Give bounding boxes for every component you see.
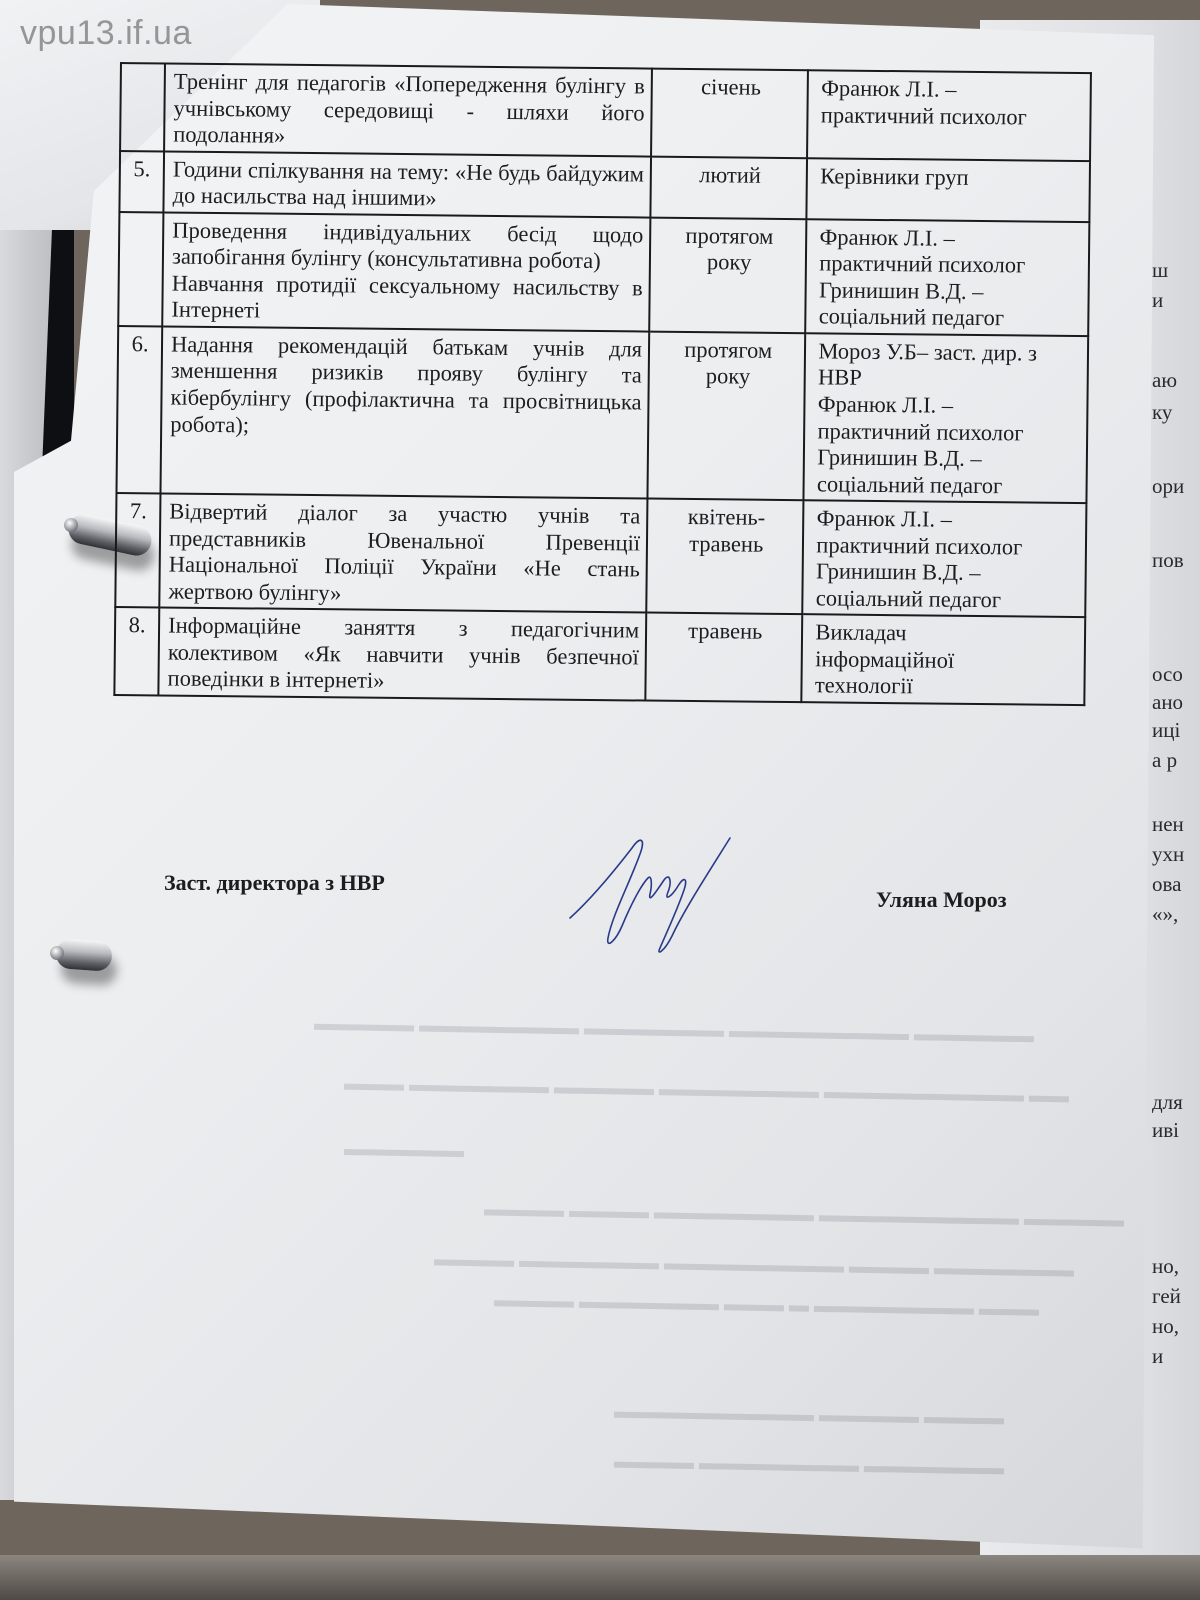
background-text-fragment: нен (1152, 812, 1184, 837)
responsible-text: практичний психолог (821, 102, 1084, 131)
term-cell: січень (651, 69, 808, 158)
term-cell: квітень-травень (646, 499, 803, 615)
activity-cell: Відвертий діалог за участю учнів та пред… (159, 494, 647, 613)
signatory-title: Заст. директора з НВР (164, 870, 385, 896)
background-text-fragment: гей (1152, 1284, 1181, 1309)
responsible-text: Франюк Л.І. – (818, 391, 1081, 420)
responsible-cell: Франюк Л.І. –практичний психологГринишин… (806, 219, 1090, 336)
activity-text: Години спілкування на тему: «Не будь бай… (173, 156, 645, 214)
row-number: 8. (114, 607, 159, 695)
activity-text: Відвертий діалог за участю учнів та пред… (168, 499, 640, 610)
term-text: лютий (660, 161, 801, 189)
responsible-cell: Мороз У.Б– заст. дир. зНВРФранюк Л.І. –п… (804, 333, 1088, 503)
show-through-text: ▬▬▬▬ ▬▬▬▬▬▬▬ ▬▬▬ ▬ ▬▬▬▬▬▬▬▬ ▬▬▬ (494, 1289, 1039, 1322)
show-through-text: ▬▬▬▬ ▬▬▬▬▬▬▬ ▬▬▬▬▬▬▬▬▬ ▬▬▬▬ ▬▬▬▬▬▬▬ (434, 1248, 1074, 1282)
responsible-text: соціальний педагог (816, 585, 1079, 614)
background-text-fragment: ку (1152, 400, 1172, 425)
show-through-text: ▬▬▬ ▬▬▬▬▬▬▬ ▬▬▬▬▬ ▬▬▬▬▬▬▬▬ ▬▬▬▬▬▬▬▬▬▬ ▬▬ (344, 1073, 1069, 1109)
responsible-text: Франюк Л.І. – (817, 506, 1080, 535)
term-cell: лютий (650, 156, 807, 219)
row-number: 7. (115, 493, 160, 608)
responsible-text: Гринишин В.Д. – (819, 277, 1082, 306)
desk-edge (0, 1555, 1200, 1600)
term-cell: протягомроку (649, 217, 806, 333)
table-row: 7.Відвертий діалог за участю учнів та пр… (115, 493, 1086, 617)
term-text: протягом (658, 337, 799, 365)
activities-table: Тренінг для педагогів «Попередження булі… (113, 62, 1092, 706)
background-text-fragment: аю (1152, 368, 1177, 393)
background-text-fragment: ш (1152, 258, 1168, 283)
background-text-fragment: но, (1152, 1314, 1179, 1339)
background-text-fragment: ова (1152, 872, 1181, 897)
term-text: року (659, 249, 800, 277)
activity-cell: Години спілкування на тему: «Не будь бай… (164, 151, 652, 217)
show-through-text: ▬▬▬▬▬▬▬▬▬▬ ▬▬▬▬▬ ▬▬▬▬ (614, 1401, 1004, 1431)
responsible-text: практичний психолог (816, 532, 1079, 561)
background-text-fragment: ори (1152, 474, 1184, 499)
responsible-text: Мороз У.Б– заст. дир. з (818, 338, 1081, 367)
show-through-text: ▬▬▬▬▬ ▬▬▬▬▬▬▬▬ ▬▬▬▬▬▬▬ ▬▬▬▬▬▬▬▬▬ ▬▬▬▬▬▬ (314, 1013, 1034, 1049)
responsible-text: практичний психолог (819, 251, 1082, 280)
show-through-text: ▬▬▬▬ ▬▬▬▬ ▬▬▬▬▬▬▬▬ ▬▬▬▬▬▬▬▬▬▬ ▬▬▬▬▬ (484, 1198, 1124, 1232)
show-through-text: ▬▬▬▬▬▬ (344, 1138, 464, 1163)
background-text-fragment: осо (1152, 662, 1183, 687)
signatory-name: Уляна Мороз (876, 887, 1007, 913)
responsible-text: практичний психолог (817, 418, 1080, 447)
binder-ring-cap (50, 946, 64, 960)
row-number: 6. (116, 326, 162, 494)
term-cell: травень (645, 613, 802, 702)
handwritten-signature (560, 830, 790, 960)
binder-ring-cap (64, 518, 78, 532)
term-text: року (658, 363, 799, 391)
row-number (120, 63, 165, 151)
activity-text: Тренінг для педагогів «Попередження булі… (173, 69, 645, 154)
responsible-text: НВР (818, 365, 1081, 394)
show-through-text: ▬▬▬▬ ▬▬▬▬▬▬▬▬ ▬▬▬▬▬▬▬ (614, 1451, 1004, 1481)
responsible-text: Франюк Л.І. – (821, 75, 1084, 104)
background-text-fragment: а р (1152, 748, 1177, 773)
responsible-cell: Франюк Л.І. –практичний психолог (807, 70, 1091, 161)
activity-cell: Тренінг для педагогів «Попередження булі… (164, 63, 652, 156)
background-text-fragment: «», (1152, 902, 1178, 927)
responsible-text: Викладач (815, 620, 1078, 649)
background-text-fragment: но, (1152, 1254, 1179, 1279)
activity-cell: Надання рекомендацій батькам учнів для з… (161, 326, 650, 498)
table-row: 8.Інформаційне заняття з педагогічним ко… (114, 607, 1085, 705)
activity-text: Навчання протидії сексуальному насильств… (171, 270, 643, 328)
activity-cell: Проведення індивідуальних бесід щодо зап… (162, 212, 650, 331)
responsible-text: Франюк Л.І. – (819, 224, 1082, 253)
table-row: Тренінг для педагогів «Попередження булі… (120, 63, 1091, 161)
background-text-fragment: иві (1152, 1118, 1179, 1143)
background-text-fragment: ухн (1152, 842, 1184, 867)
term-text: травень (655, 618, 796, 646)
term-cell: протягомроку (648, 331, 806, 500)
row-number: 5. (119, 151, 164, 213)
activity-cell: Інформаційне заняття з педагогічним коле… (158, 608, 646, 701)
responsible-cell: Франюк Л.І. –практичний психологГринишин… (803, 500, 1087, 617)
responsible-cell: Викладачінформаційноїтехнології (802, 615, 1086, 706)
watermark: vpu13.if.ua (20, 14, 192, 53)
responsible-text: Гринишин В.Д. – (816, 559, 1079, 588)
background-text-fragment: и (1152, 1344, 1163, 1369)
responsible-text: Керівники груп (820, 163, 1083, 192)
activity-text: Проведення індивідуальних бесід щодо зап… (172, 217, 644, 275)
table-row: 5.Години спілкування на тему: «Не будь б… (119, 151, 1090, 222)
responsible-cell: Керівники груп (807, 158, 1090, 222)
term-text: квітень- (656, 504, 797, 532)
responsible-text: соціальний педагог (817, 471, 1080, 500)
table-row: 6.Надання рекомендацій батькам учнів для… (116, 326, 1088, 503)
responsible-text: соціальний педагог (819, 304, 1082, 333)
table-row: Проведення індивідуальних бесід щодо зап… (118, 212, 1089, 336)
background-text-fragment: пов (1152, 548, 1184, 573)
background-text-fragment: для (1152, 1090, 1183, 1115)
term-text: січень (661, 74, 802, 102)
term-text: протягом (659, 222, 800, 250)
row-number (118, 212, 163, 327)
responsible-text: Гринишин В.Д. – (817, 444, 1080, 473)
term-text: травень (656, 530, 797, 558)
background-text-fragment: иці (1152, 718, 1180, 743)
activity-text: Надання рекомендацій батькам учнів для з… (170, 331, 642, 442)
activity-text: Інформаційне заняття з педагогічним коле… (167, 613, 639, 698)
background-text-fragment: и (1152, 288, 1163, 313)
responsible-text: технології (815, 673, 1078, 702)
background-text-fragment: ано (1152, 690, 1183, 715)
responsible-text: інформаційної (815, 646, 1078, 675)
